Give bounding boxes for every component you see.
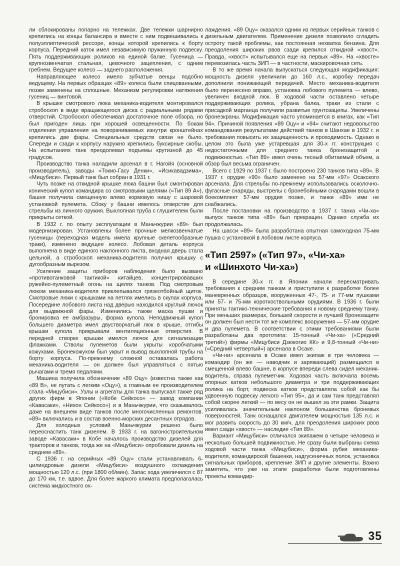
paragraph: Машина получила обозначение «89 Оцу» (из…	[29, 376, 203, 423]
paragraph: Чуть позже на откидной крышке люка башни…	[29, 181, 203, 221]
page-number: 35	[368, 531, 382, 543]
paragraph: Всего с 1929 по 1937 г. было построено 2…	[205, 168, 379, 208]
section-heading-line: «Тип 2597» («Тип 97», «Чи-ха»	[205, 250, 379, 262]
paragraph: На шасси «89» была разработана опытная с…	[205, 228, 379, 241]
paragraph: После постановки на производство в 1937 …	[205, 208, 379, 228]
paragraph: Производство танка наладили арсенал в г.…	[29, 161, 203, 181]
paragraph: С 1936 г. на серийных «89 Оцу» стали уст…	[29, 456, 203, 490]
section-heading: «Тип 2597» («Тип 97», «Чи-ха»и «Шинхото …	[205, 250, 379, 274]
tank-silhouette-icon	[337, 531, 364, 542]
paragraph: ли сблокированы попарно на тележках. Две…	[29, 27, 203, 74]
paragraph: Для холодных условий Маньчжурии решено б…	[29, 422, 203, 456]
paragraph: «Чи-ни» арсенала в Осаке имел экипаж в т…	[205, 353, 379, 433]
book-page: ли сблокированы попарно на тележках. Две…	[0, 0, 400, 566]
paragraph: лаждения. «89 Оцу» оказался одним из пер…	[205, 27, 379, 67]
paragraph: В 1932 г. по опыту эксплуатации в Маньчж…	[29, 221, 203, 268]
section-heading-line: и «Шинхото Чи-ха»)	[205, 262, 379, 274]
right-text-column: лаждения. «89 Оцу» оказался одним из пер…	[205, 27, 379, 480]
left-text-column: ли сблокированы попарно на тележках. Две…	[29, 27, 203, 490]
paragraph: Усиление защиты приборов наблюдения было…	[29, 268, 203, 375]
paragraph: В середине 30-х гг. в Японии начали пере…	[205, 279, 379, 353]
paragraph: Вариант «Мицубиси» отличался экипажем в …	[205, 433, 379, 480]
paragraph: В крышке смотрового люка механика-водите…	[29, 101, 203, 161]
paragraph: Направляющее колесо имело зубчатые венцы…	[29, 74, 203, 101]
paragraph: В то же время начала выпускаться следующ…	[205, 67, 379, 168]
page-footer: 35	[288, 531, 382, 544]
